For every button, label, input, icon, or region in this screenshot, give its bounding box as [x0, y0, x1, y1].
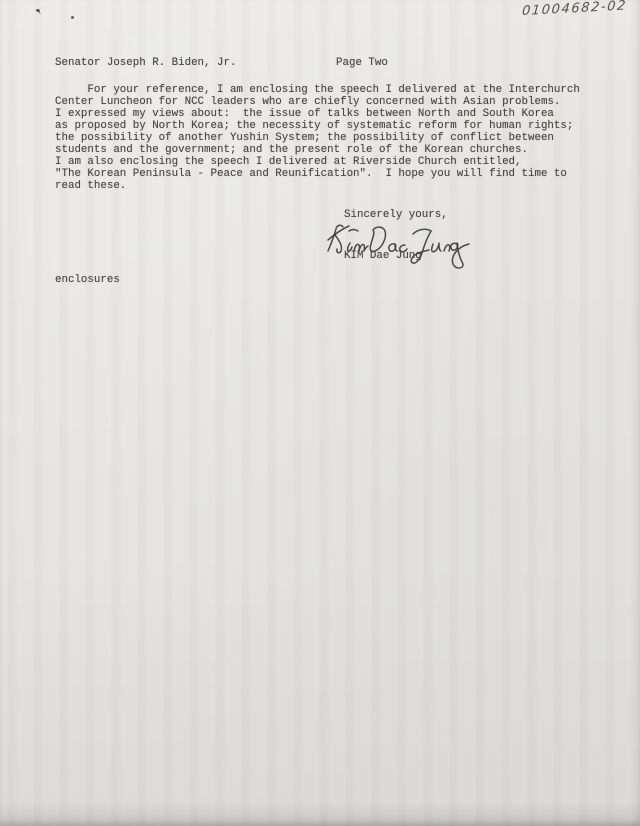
- handwritten-document-number: 01004682-02: [521, 0, 632, 19]
- body-line: "The Korean Peninsula - Peace and Reunif…: [55, 168, 580, 180]
- stray-pen-mark: [36, 8, 41, 12]
- addressee-line: Senator Joseph R. Biden, Jr.: [55, 57, 236, 69]
- signature-handwriting-kim-dae-jung: [325, 222, 473, 272]
- valediction: Sincerely yours,: [344, 209, 448, 221]
- body-line: students and the government; and the pre…: [55, 144, 580, 156]
- stray-pen-mark: [71, 16, 74, 19]
- body-line: For your reference, I am enclosing the s…: [55, 84, 580, 96]
- body-line: I expressed my views about: the issue of…: [55, 108, 580, 120]
- body-line: I am also enclosing the speech I deliver…: [55, 156, 580, 168]
- scanned-letter-page: 01004682-02 Senator Joseph R. Biden, Jr.…: [0, 0, 640, 826]
- body-line: the possibility of another Yushin System…: [55, 132, 580, 144]
- letter-body: For your reference, I am enclosing the s…: [55, 84, 580, 192]
- page-number-label: Page Two: [336, 57, 388, 69]
- typed-signature-name: KIM Dae Jung: [344, 250, 422, 262]
- body-line: read these.: [55, 180, 580, 192]
- enclosures-note: enclosures: [55, 274, 120, 286]
- body-line: Center Luncheon for NCC leaders who are …: [55, 96, 580, 108]
- body-line: as proposed by North Korea; the necessit…: [55, 120, 580, 132]
